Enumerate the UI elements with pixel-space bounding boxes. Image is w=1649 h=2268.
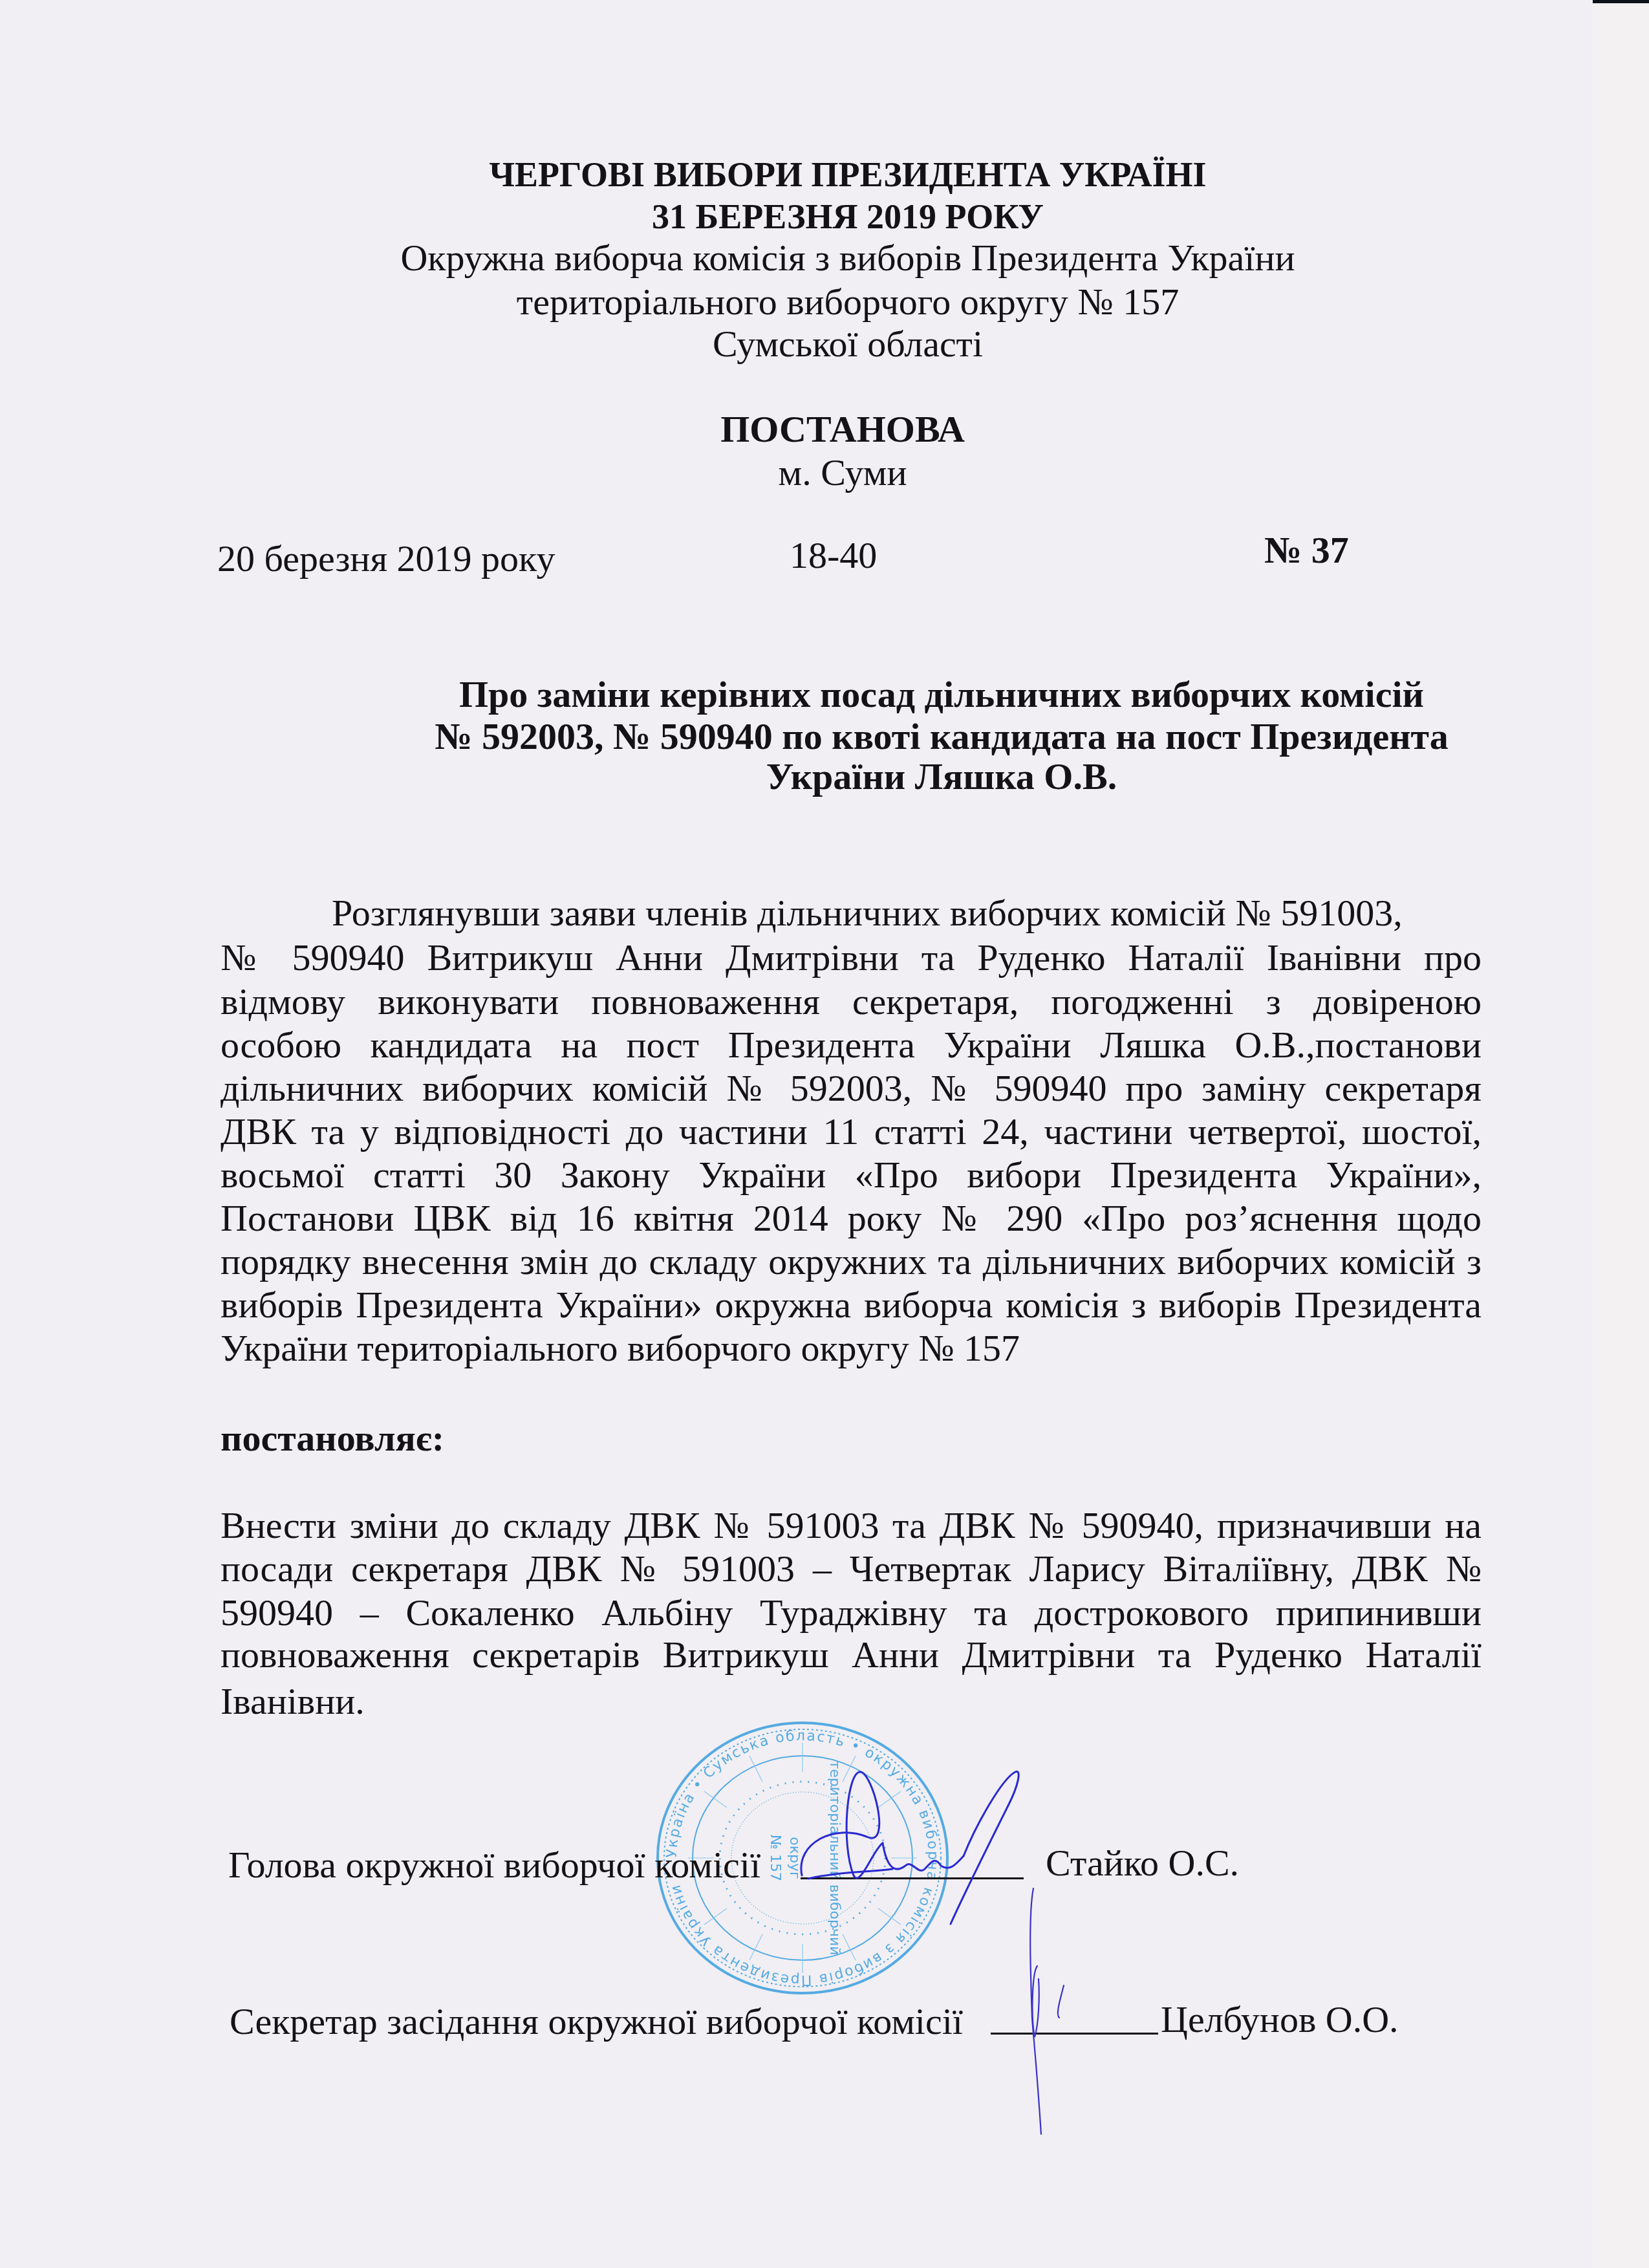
preamble-line: України територіального виборчого округу… [221,1330,1020,1367]
resolves-label: постановляє: [221,1420,444,1457]
preamble-line: особою кандидата на пост Президента Укра… [221,1026,1482,1065]
preamble-line: Розглянувши заяви членів дільничних вибо… [332,894,1403,932]
document-place: м. Суми [779,454,907,491]
document-time: 18-40 [790,537,877,574]
decision-line: Внести зміни до складу ДВК № 591003 та Д… [221,1507,1482,1546]
election-title: ЧЕРГОВІ ВИБОРИ ПРЕЗИДЕНТА УКРАЇНІ [489,157,1206,192]
subject-line: Про заміни керівних посад дільничних виб… [459,676,1424,713]
secretary-signature-line [991,2033,1158,2035]
secretary-title: Секретар засідання окружної виборчої ком… [230,2003,963,2040]
chair-signature-line [801,1877,1024,1879]
document-date: 20 березня 2019 року [217,540,555,578]
preamble-line: № 590940 Витрикуш Анни Дмитрівни та Руде… [221,939,1482,978]
svg-text:територіальний виборчий: територіальний виборчий [826,1760,843,1955]
preamble-line: відмову виконувати повноваження секретар… [221,983,1482,1022]
chair-signature-icon [795,1746,1041,1927]
commission-region: Сумської області [713,325,983,363]
election-date-title: 31 БЕРЕЗНЯ 2019 РОКУ [652,199,1044,234]
preamble-line: Постанови ЦВК від 16 квітня 2014 року № … [221,1200,1482,1238]
scan-artifact-bar [1593,0,1649,3]
svg-text:округ: округ [786,1837,803,1879]
preamble-line: ДВК та у відповідності до частини 11 ста… [221,1113,1482,1152]
decision-line: 590940 – Сокаленко Альбіну Тураджівну та… [221,1594,1482,1633]
decision-line: Іванівни. [221,1683,365,1720]
chair-title: Голова окружної виборчої комісії [228,1846,760,1884]
preamble-line: порядку внесення змін до складу окружних… [221,1243,1482,1282]
commission-name-line1: Окружна виборча комісія з виборів Презид… [400,239,1295,277]
subject-line: № 592003, № 590940 по квоті кандидата на… [435,718,1449,755]
chair-name: Стайко О.С. [1046,1844,1239,1882]
document-number: № 37 [1264,532,1349,569]
preamble-line: дільничних виборчих комісій № 592003, № … [221,1070,1482,1108]
preamble-line: виборів Президента України» окружна вибо… [221,1286,1482,1325]
decision-line: посади секретаря ДВК № 591003 – Четверта… [221,1550,1482,1589]
scan-edge [1593,0,1649,2268]
commission-name-line2: територіального виборчого округу № 157 [517,283,1179,321]
decision-line: повноваження секретарів Витрикуш Анни Дм… [221,1636,1482,1675]
subject-line: України Ляшка О.В. [766,758,1117,795]
document-type: ПОСТАНОВА [720,411,965,448]
secretary-signature-icon [1009,1875,1086,2147]
preamble-line: восьмої статті 30 Закону України «Про ви… [221,1156,1482,1195]
svg-text:№ 157: № 157 [767,1835,783,1881]
secretary-name: Целбунов О.О. [1161,2001,1399,2038]
